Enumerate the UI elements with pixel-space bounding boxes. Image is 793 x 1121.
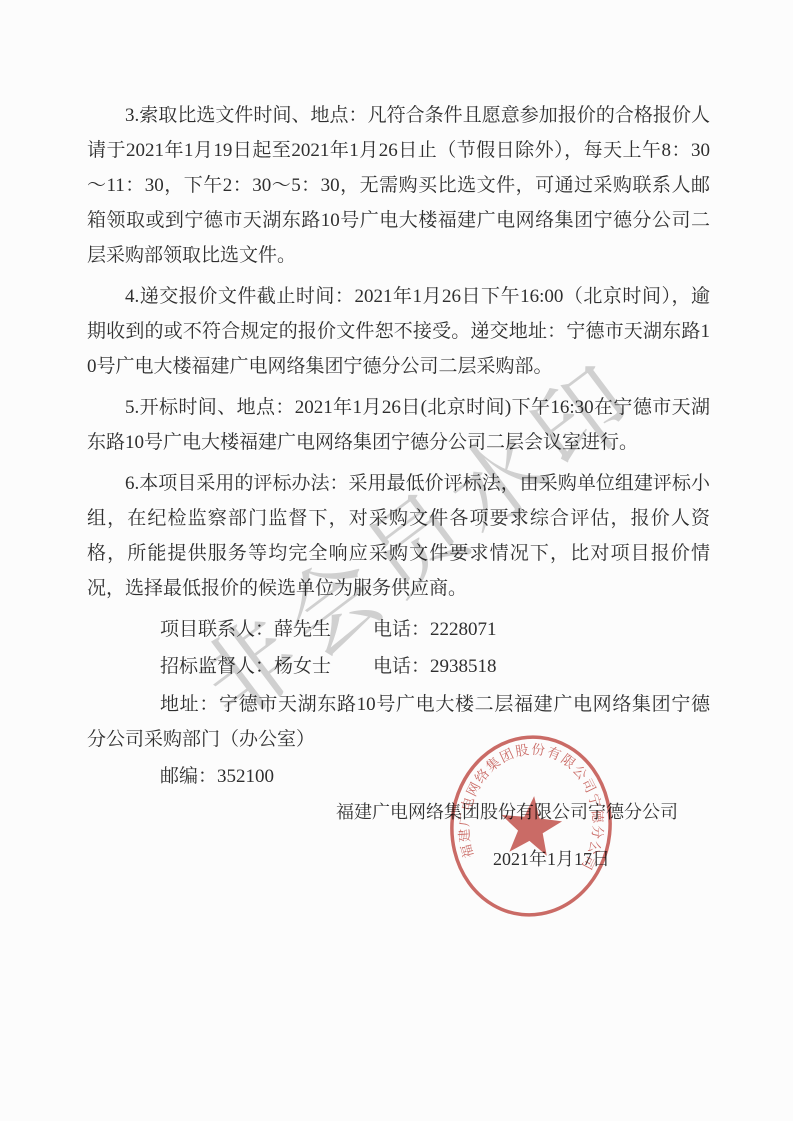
scanned-document-page: 3.索取比选文件时间、地点：凡符合条件且愿意参加报价的合格报价人请于2021年1…: [0, 0, 793, 1121]
supervisor-contact-label: 招标监督人：杨女士: [160, 649, 331, 684]
paragraph-3: 3.索取比选文件时间、地点：凡符合条件且愿意参加报价的合格报价人请于2021年1…: [87, 98, 710, 273]
signature-block: 福建广电网络集团股份有限公司宁德分公司 2021年1月17日: [87, 795, 710, 877]
signature-date: 2021年1月17日: [87, 842, 710, 877]
supervisor-contact-phone: 电话：2938518: [373, 649, 497, 684]
paragraph-4: 4.递交报价文件截止时间：2021年1月26日下午16:00（北京时间），逾期收…: [87, 279, 710, 384]
project-contact-label: 项目联系人：薛先生: [160, 612, 331, 647]
paragraph-6: 6.本项目采用的评标办法：采用最低价评标法，由采购单位组建评标小组，在纪检监察部…: [87, 466, 710, 606]
project-contact-phone: 电话：2228071: [373, 612, 497, 647]
postal-code-line: 邮编：352100: [87, 759, 710, 794]
contact-row-project: 项目联系人：薛先生 电话：2228071: [87, 612, 710, 647]
signature-company: 福建广电网络集团股份有限公司宁德分公司: [87, 795, 710, 830]
paragraph-5: 5.开标时间、地点：2021年1月26日(北京时间)下午16:30在宁德市天湖东…: [87, 390, 710, 460]
contact-row-supervisor: 招标监督人：杨女士 电话：2938518: [87, 649, 710, 684]
document-body: 3.索取比选文件时间、地点：凡符合条件且愿意参加报价的合格报价人请于2021年1…: [87, 98, 710, 877]
address-line: 地址：宁德市天湖东路10号广电大楼二层福建广电网络集团宁德分公司采购部门（办公室…: [87, 687, 710, 757]
